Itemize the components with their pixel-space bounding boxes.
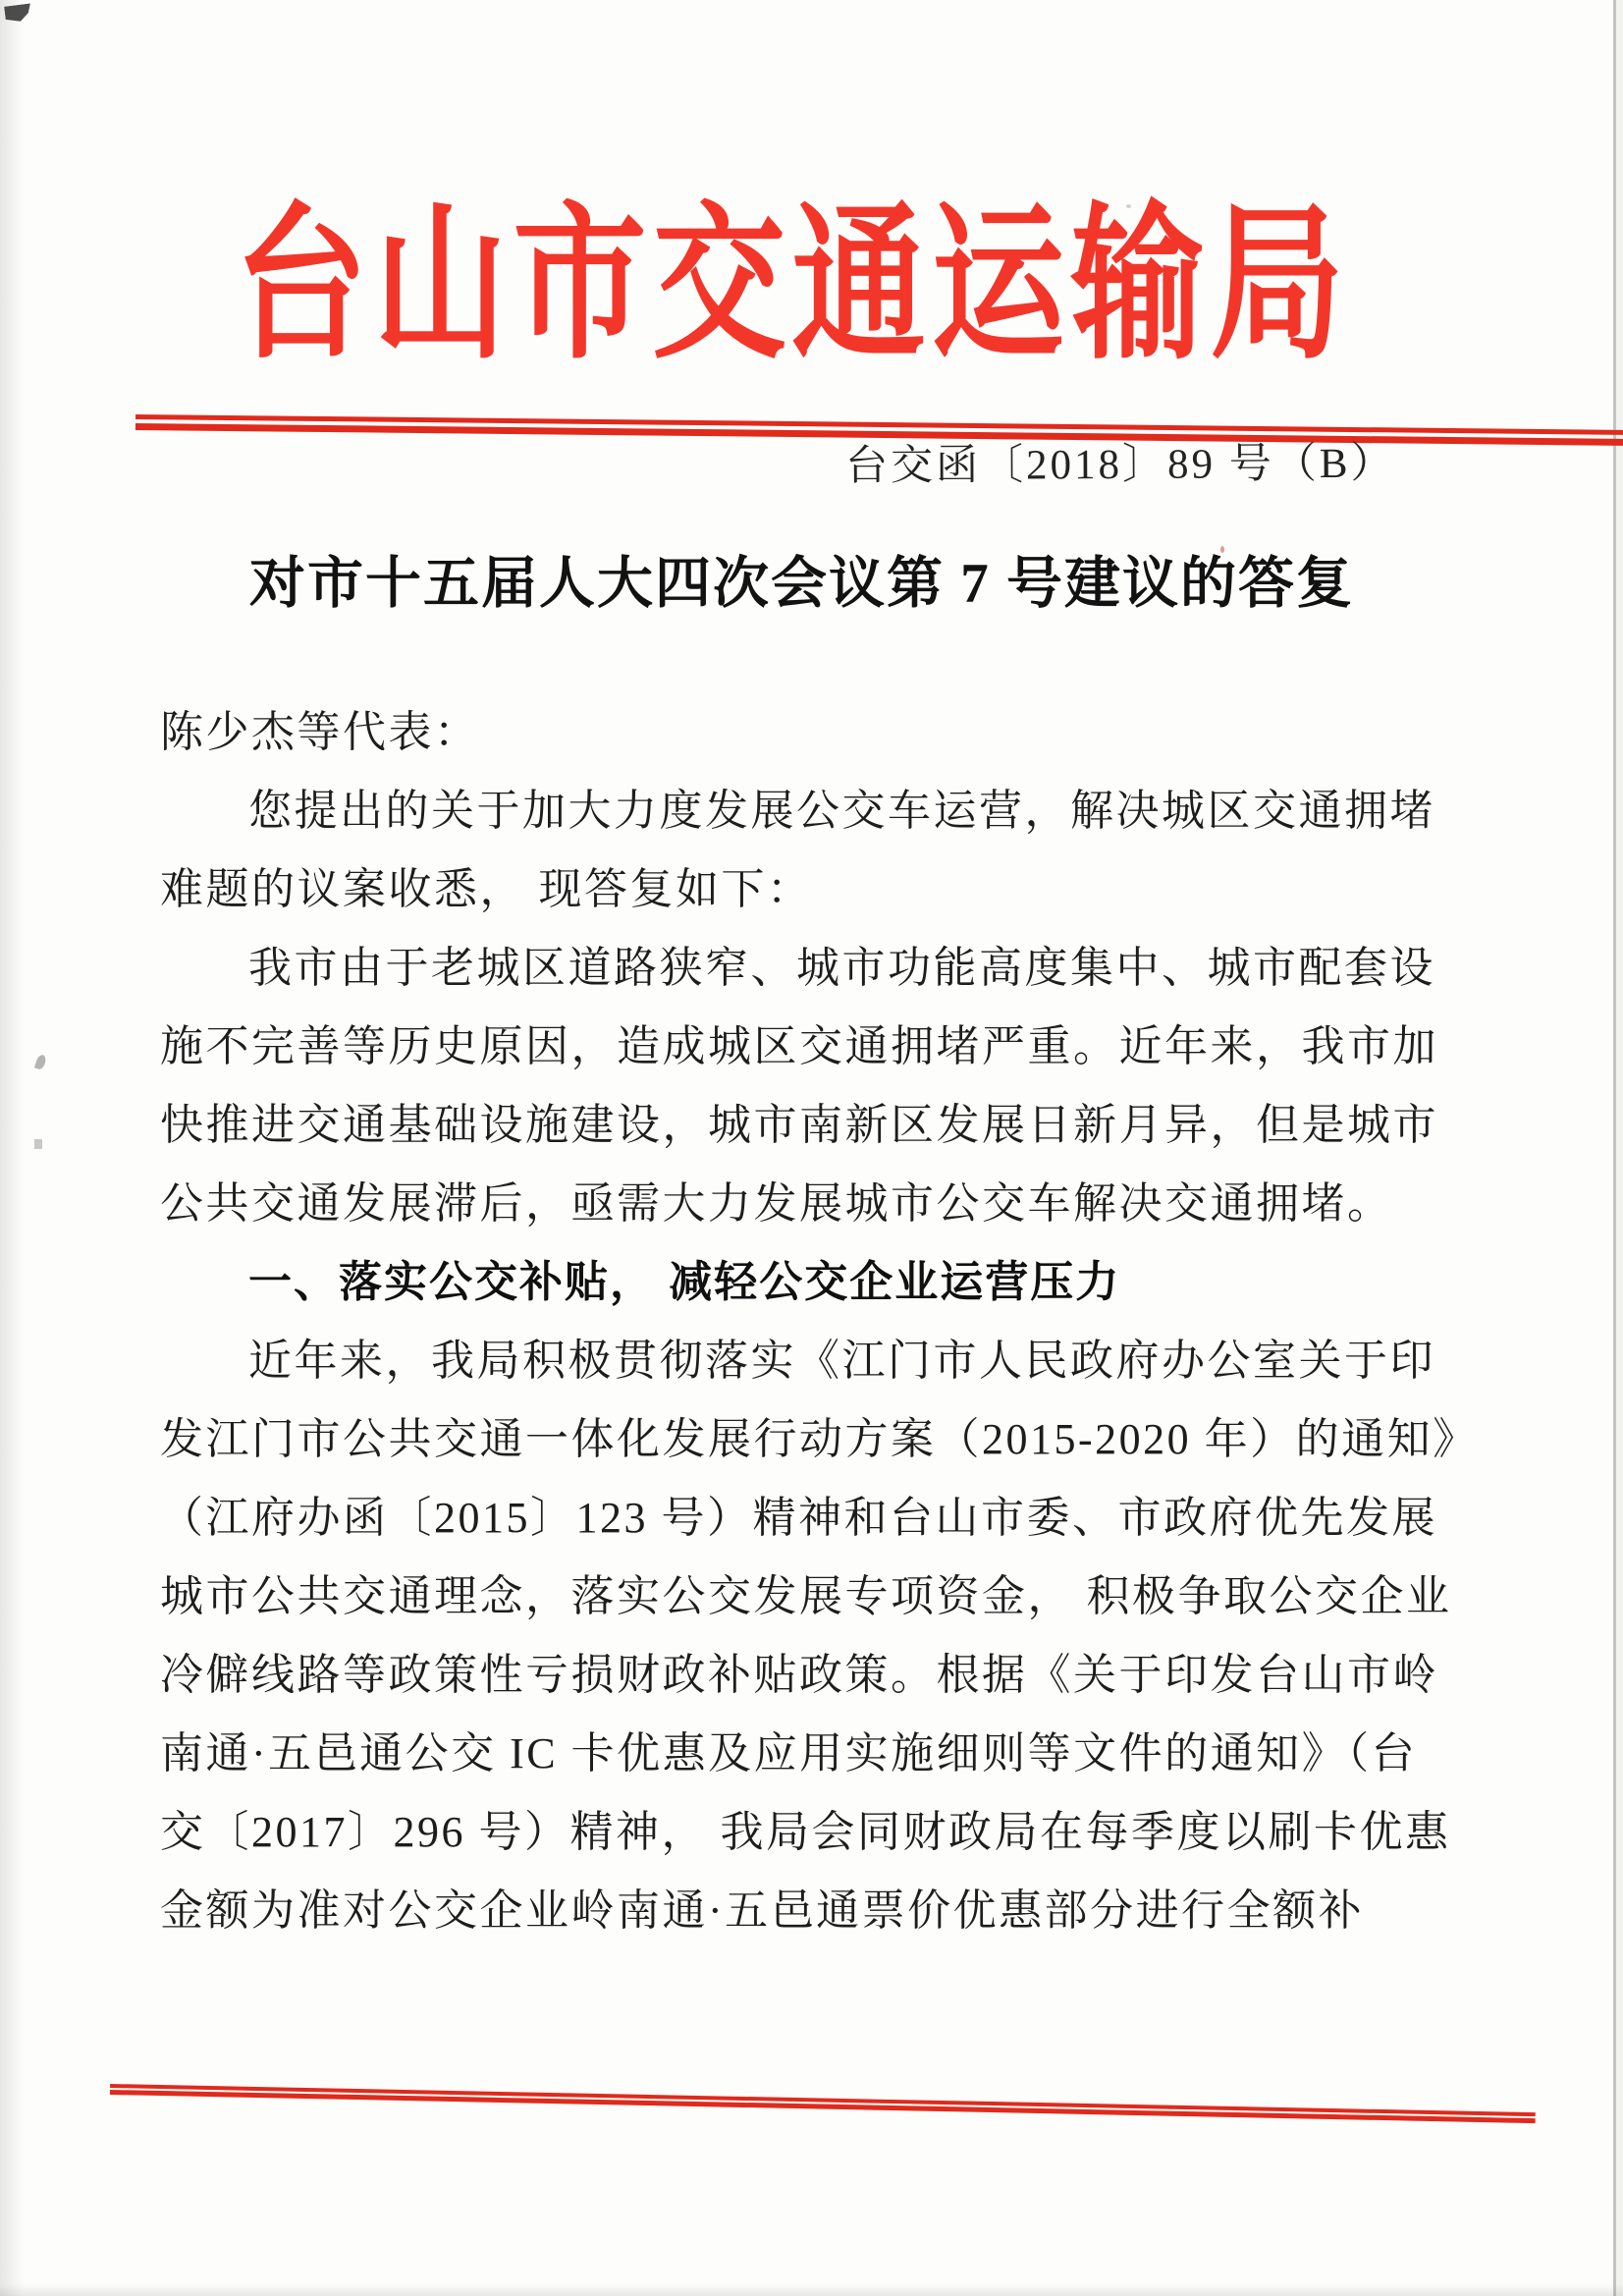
footer-rule-line: [110, 2090, 1536, 2123]
body-line: 南通·五邑通公交 IC 卡优惠及应用实施细则等文件的通知》（台: [160, 1715, 1476, 1793]
body-line: 快推进交通基础设施建设，城市南新区发展日新月异，但是城市: [160, 1086, 1476, 1165]
section-heading: 一、落实公交补贴， 减轻公交企业运营压力: [160, 1243, 1476, 1322]
scanned-document-page: 台山市交通运输局 台交函〔2018〕89 号（B） 对市十五届人大四次会议第 7…: [0, 0, 1623, 2296]
body-line: 交〔2017〕296 号）精神， 我局会同财政局在每季度以刷卡优惠: [160, 1793, 1476, 1872]
body-line: 您提出的关于加大力度发展公交车运营，解决城区交通拥堵: [160, 772, 1476, 850]
body-line: 发江门市公共交通一体化发展行动方案（2015-2020 年）的通知》: [160, 1400, 1476, 1479]
body-line: 陈少杰等代表：: [160, 693, 1476, 772]
document-body: 陈少杰等代表：您提出的关于加大力度发展公交车运营，解决城区交通拥堵难题的议案收悉…: [160, 693, 1476, 1950]
footer-rule: [110, 2084, 1536, 2123]
body-line: 公共交通发展滞后，亟需大力发展城市公交车解决交通拥堵。: [160, 1165, 1476, 1243]
body-line: 我市由于老城区道路狭窄、城市功能高度集中、城市配套设: [160, 929, 1476, 1008]
body-line: （江府办函〔2015〕123 号）精神和台山市委、市政府优先发展: [160, 1479, 1476, 1558]
body-line: 施不完善等历史原因，造成城区交通拥堵严重。近年来，我市加: [160, 1008, 1476, 1086]
scan-margin-mark: [34, 1139, 42, 1149]
body-line: 近年来，我局积极贯彻落实《江门市人民政府办公室关于印: [160, 1322, 1476, 1400]
body-line: 城市公共交通理念，落实公交发展专项资金， 积极争取公交企业: [160, 1558, 1476, 1636]
scan-margin-mark: [34, 1054, 47, 1070]
body-line: 难题的议案收悉， 现答复如下：: [160, 850, 1476, 929]
agency-masthead: 台山市交通运输局: [0, 202, 1623, 370]
scan-bottom-shadow: [0, 2284, 1623, 2296]
header-rule: [135, 414, 1623, 446]
body-line: 金额为准对公交企业岭南通·五邑通票价优惠部分进行全额补: [160, 1872, 1476, 1950]
document-number: 台交函〔2018〕89 号（B）: [844, 440, 1395, 492]
body-line: 冷僻线路等政策性亏损财政补贴政策。根据《关于印发台山市岭: [160, 1636, 1476, 1715]
document-title: 对市十五届人大四次会议第 7 号建议的答复: [0, 542, 1623, 627]
